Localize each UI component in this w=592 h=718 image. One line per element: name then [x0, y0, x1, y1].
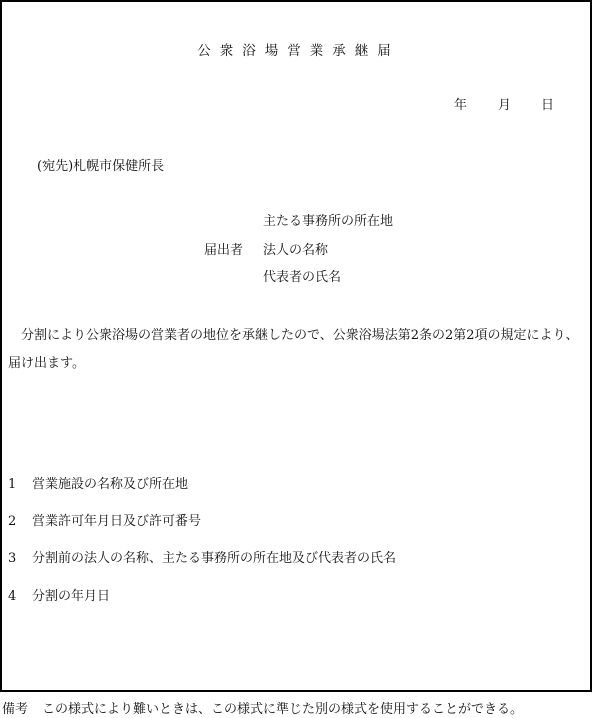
date-day-label: 日 [541, 98, 554, 114]
item-number: 4 [8, 589, 32, 605]
item-text: 営業許可年月日及び許可番号 [32, 514, 201, 529]
date-year-label: 年 [454, 98, 467, 114]
list-item: 1営業施設の名称及び所在地 [8, 477, 188, 493]
item-text: 分割の年月日 [32, 589, 110, 604]
document-title: 公衆浴場営業承継届 [0, 43, 588, 59]
remarks-text: この様式により難いときは、この様式に準じた別の様式を使用することができる。 [42, 702, 523, 717]
applicant-field-corporation-name: 法人の名称 [263, 243, 328, 259]
applicant-field-representative-name: 代表者の氏名 [263, 270, 341, 286]
remarks-note: 備考この様式により難いときは、この様式に準じた別の様式を使用することができる。 [2, 702, 523, 718]
list-item: 2営業許可年月日及び許可番号 [8, 514, 201, 530]
list-item: 4分割の年月日 [8, 589, 110, 605]
addressee: (宛先)札幌市保健所長 [37, 159, 164, 175]
applicant-label: 届出者 [204, 243, 243, 259]
item-number: 1 [8, 477, 32, 493]
date-month-label: 月 [498, 98, 511, 114]
applicant-field-office-address: 主たる事務所の所在地 [263, 214, 393, 230]
remarks-label: 備考 [2, 702, 28, 717]
item-number: 3 [8, 551, 32, 567]
item-number: 2 [8, 514, 32, 530]
list-item: 3分割前の法人の名称、主たる事務所の所在地及び代表者の氏名 [8, 551, 396, 567]
item-text: 分割前の法人の名称、主たる事務所の所在地及び代表者の氏名 [32, 551, 396, 566]
item-text: 営業施設の名称及び所在地 [32, 477, 188, 492]
body-paragraph: 分割により公衆浴場の営業者の地位を承継したので、公衆浴場法第2条の2第2項の規定… [8, 322, 588, 378]
